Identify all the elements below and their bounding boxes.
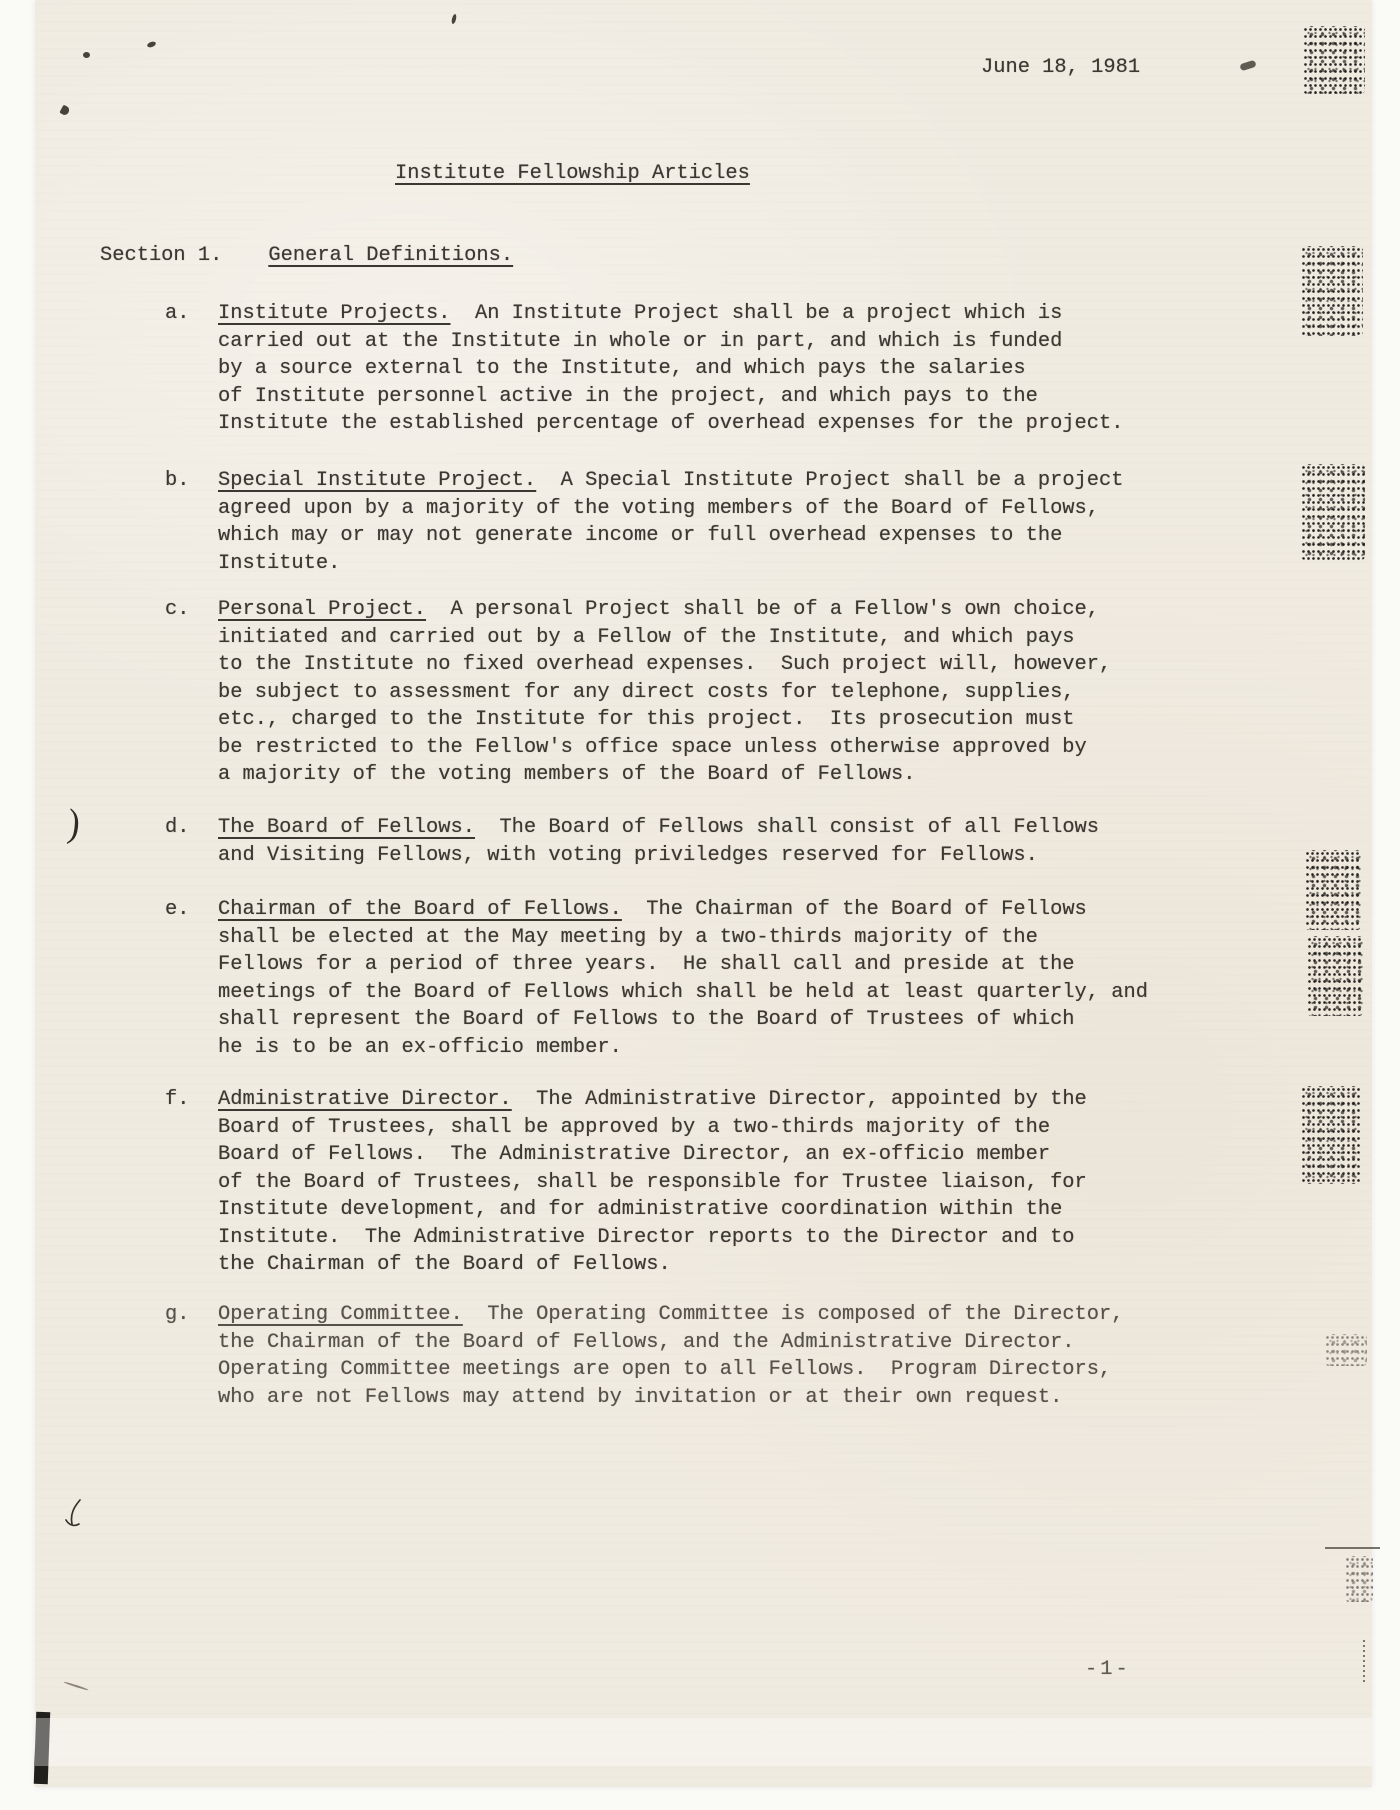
scan-line-artifact bbox=[1325, 1547, 1380, 1549]
defined-term: Institute Projects. bbox=[218, 302, 451, 325]
section-title: General Definitions. bbox=[268, 244, 513, 267]
photocopy-noise-blob bbox=[1307, 936, 1363, 1016]
item-definition-board-of-fellows: The Board of Fellows. The Board of Fello… bbox=[218, 814, 1170, 869]
scratch-mark bbox=[63, 1681, 88, 1691]
item-label: a. bbox=[165, 300, 205, 328]
item-label: f. bbox=[165, 1086, 205, 1114]
photocopy-noise-blob bbox=[1305, 850, 1361, 930]
definition-text: The Administrative Director, appointed b… bbox=[218, 1088, 1087, 1276]
scanned-document: { "page": { "date": "June 18, 1981", "ti… bbox=[0, 0, 1400, 1810]
section-number: Section 1. bbox=[100, 244, 222, 267]
defined-term: Operating Committee. bbox=[218, 1303, 463, 1326]
photocopy-noise-blob bbox=[1345, 1556, 1373, 1602]
ink-speck bbox=[59, 105, 70, 117]
margin-pen-mark: ) bbox=[66, 799, 83, 846]
item-label: e. bbox=[165, 896, 205, 924]
document-page: June 18, 1981 Institute Fellowship Artic… bbox=[35, 0, 1372, 1787]
item-label: b. bbox=[165, 467, 205, 495]
definition-text: A personal Project shall be of a Fellow'… bbox=[218, 598, 1111, 786]
ink-smudge bbox=[1239, 60, 1256, 72]
page-title: Institute Fellowship Articles bbox=[395, 160, 750, 188]
item-definition-administrative-director: Administrative Director. The Administrat… bbox=[218, 1086, 1170, 1279]
ink-speck bbox=[83, 52, 90, 58]
item-definition-special-institute-project: Special Institute Project. A Special Ins… bbox=[218, 467, 1170, 577]
item-definition-chairman: Chairman of the Board of Fellows. The Ch… bbox=[218, 896, 1170, 1061]
photocopy-noise-blob bbox=[1325, 1334, 1367, 1366]
defined-term: The Board of Fellows. bbox=[218, 816, 475, 839]
item-label: d. bbox=[165, 814, 205, 842]
section-heading: Section 1.General Definitions. bbox=[100, 242, 513, 270]
date-line: June 18, 1981 bbox=[981, 54, 1140, 82]
ink-speck bbox=[451, 14, 457, 25]
dotted-edge-artifact bbox=[1363, 1640, 1365, 1682]
page-number: -1- bbox=[1085, 1656, 1131, 1684]
defined-term: Personal Project. bbox=[218, 598, 426, 621]
defined-term: Special Institute Project. bbox=[218, 469, 536, 492]
photocopy-noise-blob bbox=[1301, 464, 1365, 560]
defined-term: Administrative Director. bbox=[218, 1088, 512, 1111]
item-label: c. bbox=[165, 596, 205, 624]
ink-speck bbox=[146, 41, 156, 49]
defined-term: Chairman of the Board of Fellows. bbox=[218, 898, 622, 921]
item-label: g. bbox=[165, 1301, 205, 1329]
item-definition-personal-project: Personal Project. A personal Project sha… bbox=[218, 596, 1170, 789]
item-definition-institute-projects: Institute Projects. An Institute Project… bbox=[218, 300, 1170, 438]
paper-bottom-band bbox=[35, 1718, 1372, 1766]
photocopy-noise-blob bbox=[1303, 26, 1365, 94]
definition-text: The Chairman of the Board of Fellows sha… bbox=[218, 898, 1148, 1059]
pen-squiggle-mark bbox=[63, 1498, 85, 1532]
photocopy-noise-blob bbox=[1301, 1086, 1361, 1184]
photocopy-noise-blob bbox=[1301, 246, 1363, 336]
item-definition-operating-committee: Operating Committee. The Operating Commi… bbox=[218, 1301, 1170, 1411]
